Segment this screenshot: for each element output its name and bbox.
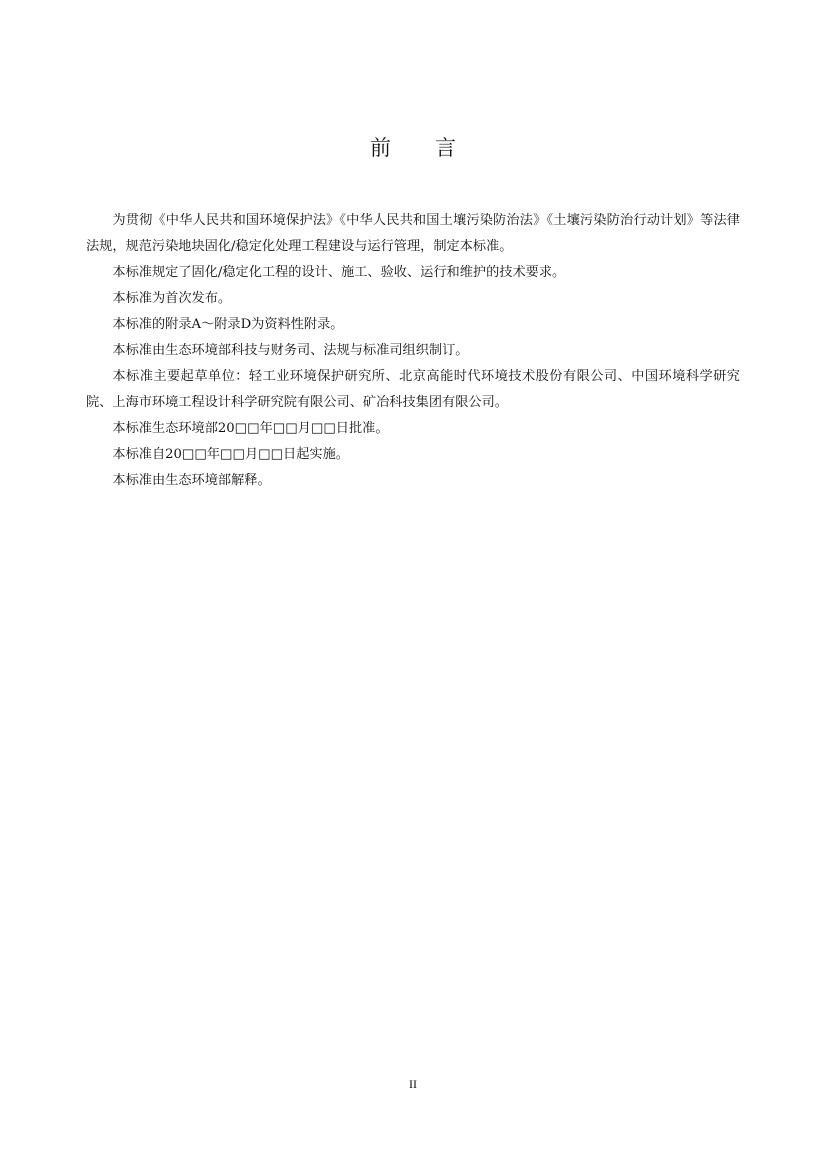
paragraph-purpose: 为贯彻《中华人民共和国环境保护法》《中华人民共和国土壤污染防治法》《土壤污染防治… <box>86 208 740 260</box>
title-char-1: 前 <box>370 132 391 162</box>
paragraph-drafters: 本标准主要起草单位：轻工业环境保护研究所、北京高能时代环境技术股份有限公司、中国… <box>86 364 740 416</box>
paragraph-approval: 本标准生态环境部20□□年□□月□□日批准。 <box>86 416 740 442</box>
paragraph-appendix: 本标准的附录A～附录D为资料性附录。 <box>86 312 740 338</box>
paragraph-effective: 本标准自20□□年□□月□□日起实施。 <box>86 442 740 468</box>
page-number: II <box>0 1077 826 1092</box>
title-char-2: 言 <box>435 132 456 162</box>
paragraph-interpretation: 本标准由生态环境部解释。 <box>86 468 740 494</box>
paragraph-scope: 本标准规定了固化/稳定化工程的设计、施工、验收、运行和维护的技术要求。 <box>86 260 740 286</box>
foreword-body: 为贯彻《中华人民共和国环境保护法》《中华人民共和国土壤污染防治法》《土壤污染防治… <box>86 208 740 494</box>
paragraph-first-release: 本标准为首次发布。 <box>86 286 740 312</box>
paragraph-organizer: 本标准由生态环境部科技与财务司、法规与标准司组织制订。 <box>86 338 740 364</box>
page-title: 前言 <box>0 132 826 162</box>
